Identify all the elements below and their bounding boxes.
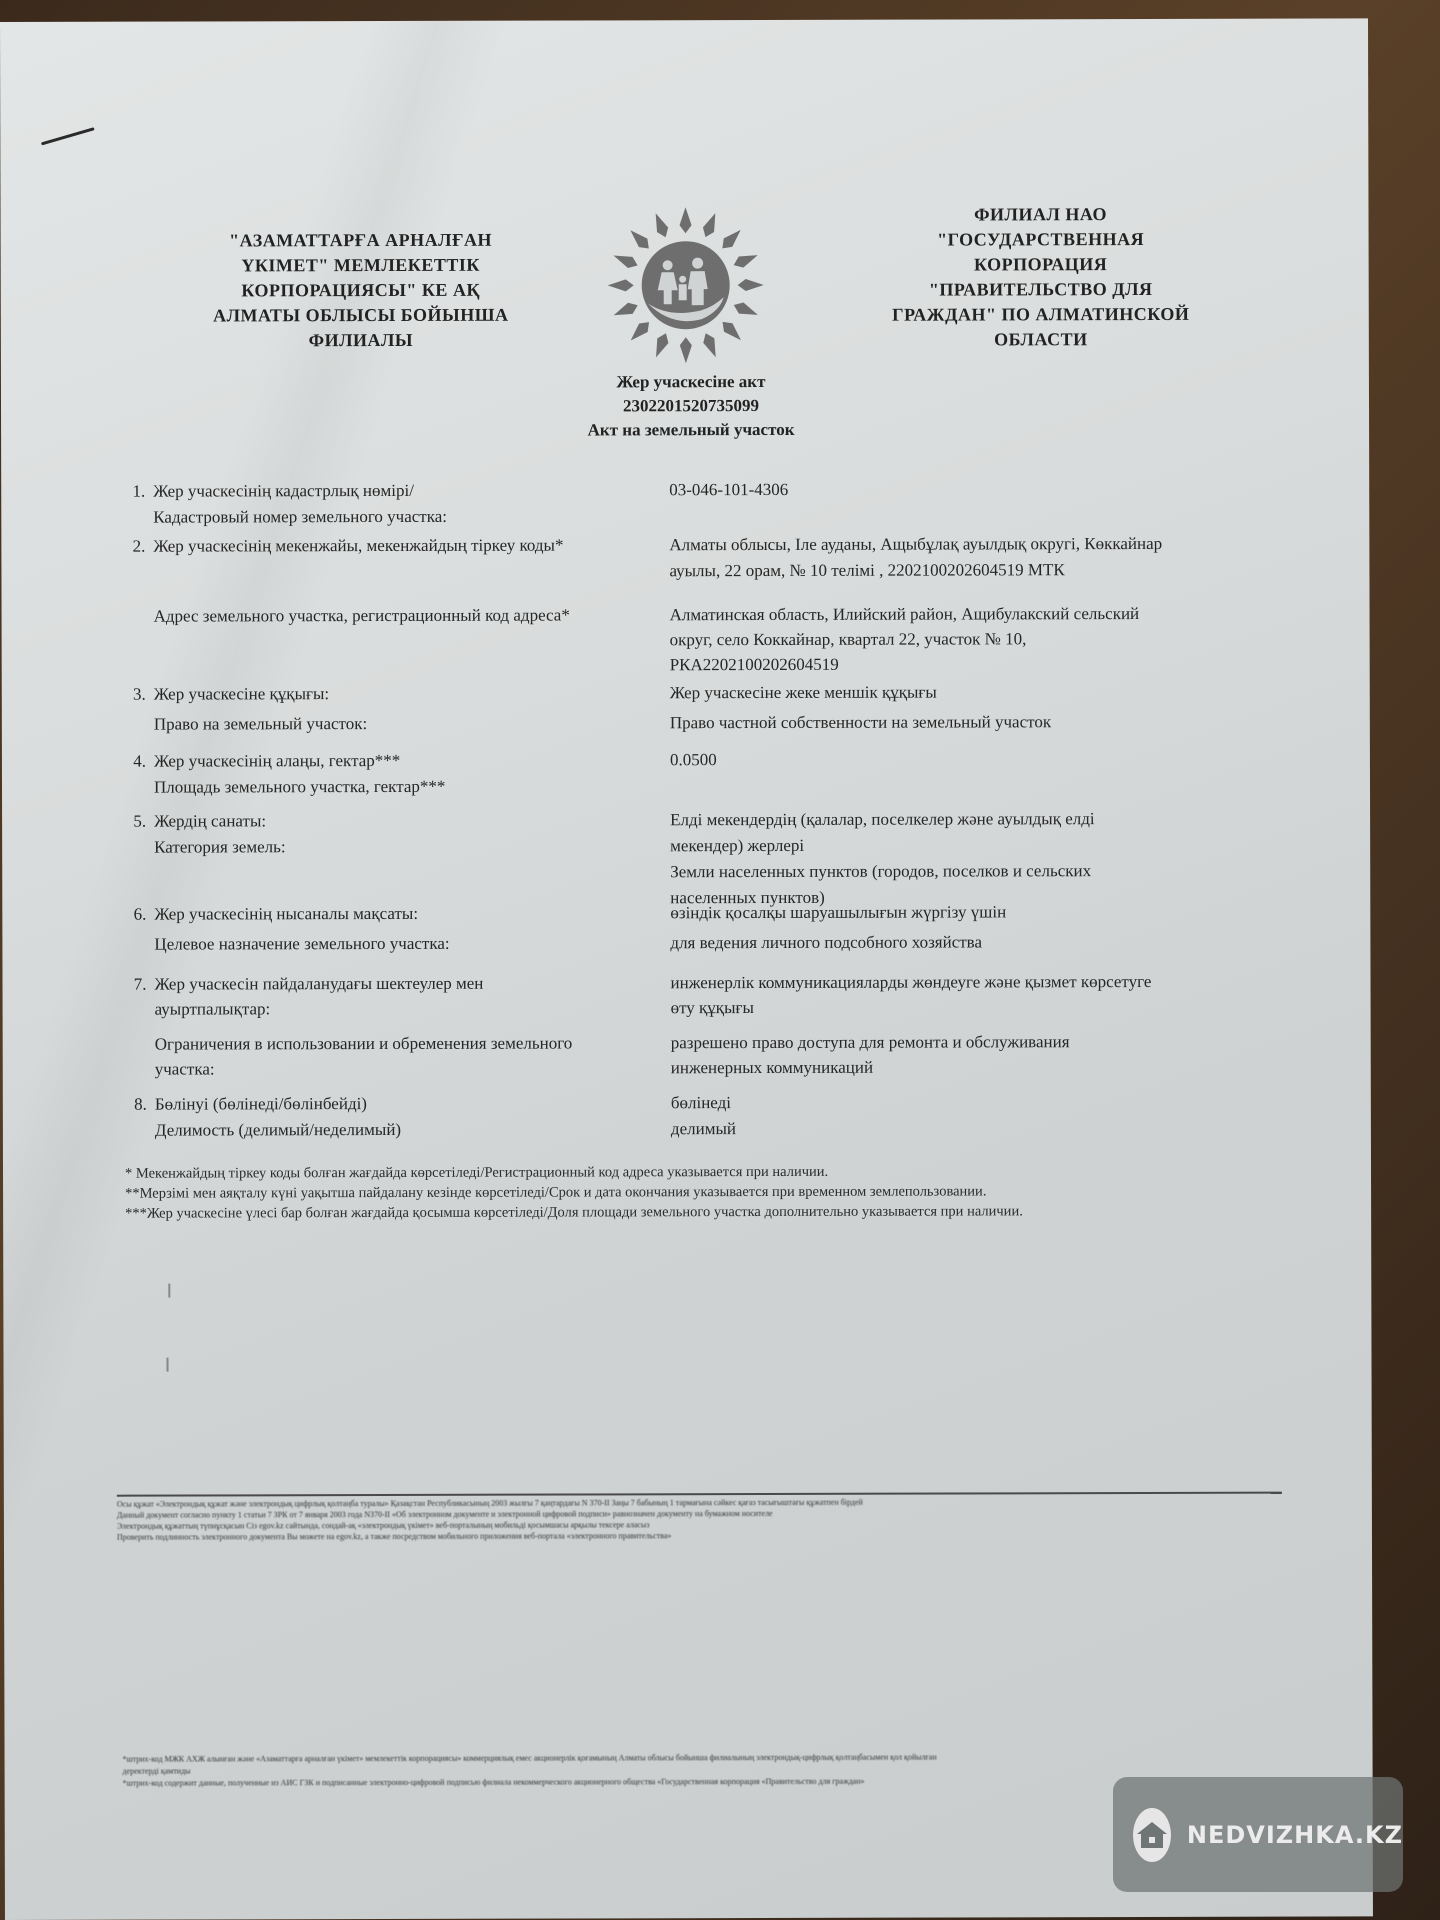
field-label: Бөлінуі (бөлінеді/бөлінбейді)Делимость (…: [155, 1090, 685, 1143]
field-label: Ограничения в использовании и обременени…: [155, 1030, 685, 1081]
field-label: Адрес земельного участка, регистрационны…: [154, 602, 684, 628]
field-label: Жердің санаты:Категория земель:: [154, 807, 684, 860]
header-line: ОБЛАСТИ: [851, 327, 1231, 353]
field-row: 8.Бөлінуі (бөлінеді/бөлінбейді)Делимость…: [121, 1089, 1281, 1092]
field-value: 03-046-101-4306: [669, 475, 1373, 503]
field-number: 4.: [120, 749, 146, 774]
field-row: 4.Жер учаскесінің алаңы, гектар***Площад…: [120, 746, 1280, 749]
act-title-block: Жер учаскесіне акт 2302201520735099 Акт …: [541, 370, 841, 443]
header-line: ҮКІМЕТ" МЕМЛЕКЕТТІК: [201, 253, 521, 279]
field-value: 0.0500: [670, 745, 1373, 773]
sun-family-hand-emblem-icon: [605, 205, 765, 365]
pen-mark: [41, 127, 95, 145]
field-value: Елді мекендердің (қалалар, поселкелер жә…: [670, 805, 1373, 911]
field-value: өзіндік қосалқы шаруашылығын жүргізу үші…: [670, 898, 1373, 926]
header-line: КОРПОРАЦИЯ: [851, 252, 1231, 278]
field-number: 1.: [119, 479, 145, 504]
field-label: Целевое назначение земельного участка:: [154, 930, 684, 957]
footnotes: * Мекенжайдың тіркеу коды болған жағдайд…: [125, 1161, 1265, 1224]
scan-artifact: [168, 1284, 170, 1298]
header-line: КОРПОРАЦИЯСЫ" КЕ АҚ: [201, 278, 521, 304]
field-label: Жер учаскесіне құқығы:: [154, 680, 684, 707]
field-number: 2.: [119, 534, 145, 559]
act-title-ru: Акт на земельный участок: [541, 418, 841, 443]
field-value: инженерлік коммуникацияларды жөндеуге жә…: [670, 968, 1372, 1020]
field-number: 5.: [120, 809, 146, 834]
field-value: бөлінедіделимый: [671, 1088, 1373, 1142]
header-line: ГРАЖДАН" ПО АЛМАТИНСКОЙ: [851, 302, 1231, 328]
scan-artifact: [166, 1358, 168, 1372]
footnote-line: ***Жер учаскесіне үлесі бар болған жағда…: [125, 1201, 1265, 1224]
field-row: 7.Жер учаскесін пайдаланудағы шектеулер …: [120, 969, 1280, 972]
field-number: 8.: [121, 1092, 147, 1117]
header-org-ru: ФИЛИАЛ НАО"ГОСУДАРСТВЕННАЯКОРПОРАЦИЯ"ПРА…: [850, 202, 1230, 353]
field-row: 5.Жердің санаты:Категория земель:Елді ме…: [120, 806, 1280, 809]
field-value: разрешено право доступа для ремонта и об…: [671, 1028, 1373, 1080]
field-row: Право на земельный участок:Право частной…: [120, 709, 1280, 712]
field-value: Алматы облысы, Іле ауданы, Ащыбұлақ ауыл…: [669, 530, 1373, 584]
field-value: Жер учаскесіне жеке меншік құқығы: [670, 678, 1373, 706]
watermark-text: NEDVIZHKA.KZ: [1187, 1821, 1403, 1849]
header-line: ФИЛИАЛ НАО: [850, 202, 1230, 228]
header-line: "ГОСУДАРСТВЕННАЯ: [851, 227, 1231, 253]
field-label: Жер учаскесінің мекенжайы, мекенжайдың т…: [153, 532, 683, 559]
field-number: 7.: [120, 972, 146, 997]
document-page: "АЗАМАТТАРҒА АРНАЛҒАНҮКІМЕТ" МЕМЛЕКЕТТІК…: [0, 18, 1373, 1920]
header-line: "АЗАМАТТАРҒА АРНАЛҒАН: [201, 228, 521, 254]
fineprint-line: *штрих-код содержит данные, полученные и…: [123, 1775, 1133, 1790]
legal-fineprint: Осы құжат «Электрондық құжат және электр…: [117, 1496, 1137, 1543]
header-line: АЛМАТЫ ОБЛЫСЫ БОЙЫНША: [201, 303, 521, 329]
act-title-kz: Жер учаскесіне акт: [541, 370, 841, 395]
act-number: 2302201520735099: [541, 394, 841, 419]
field-label: Право на земельный участок:: [154, 710, 684, 737]
barcode-fineprint: *штрих-код МЖК АХЖ алынған және «Азаматт…: [123, 1751, 1133, 1790]
field-row: Ограничения в использовании и обременени…: [121, 1029, 1281, 1032]
field-label: Жер учаскесінің кадастрлық нөмірі/Кадаст…: [153, 477, 683, 530]
field-value: Право частной собственности на земельный…: [670, 708, 1373, 736]
field-value: для ведения личного подсобного хозяйства: [670, 928, 1373, 956]
field-value: Алматинская область, Илийский район, Ащи…: [670, 600, 1373, 677]
field-label: Жер учаскесінің нысаналы мақсаты:: [154, 900, 684, 927]
header-line: "ПРАВИТЕЛЬСТВО ДЛЯ: [851, 277, 1231, 303]
header-org-kz: "АЗАМАТТАРҒА АРНАЛҒАНҮКІМЕТ" МЕМЛЕКЕТТІК…: [201, 228, 521, 354]
field-number: 3.: [120, 682, 146, 707]
field-row: Целевое назначение земельного участка:дл…: [120, 929, 1280, 932]
field-number: 6.: [120, 902, 146, 927]
house-icon: [1133, 1808, 1171, 1862]
fineprint-line: Проверить подлинность электронного докум…: [117, 1529, 1137, 1543]
nedvizhka-watermark: NEDVIZHKA.KZ: [1113, 1777, 1403, 1892]
field-label: Жер учаскесін пайдаланудағы шектеулер ме…: [154, 970, 684, 1021]
header-line: ФИЛИАЛЫ: [201, 328, 521, 354]
field-label: Жер учаскесінің алаңы, гектар***Площадь …: [154, 747, 684, 800]
